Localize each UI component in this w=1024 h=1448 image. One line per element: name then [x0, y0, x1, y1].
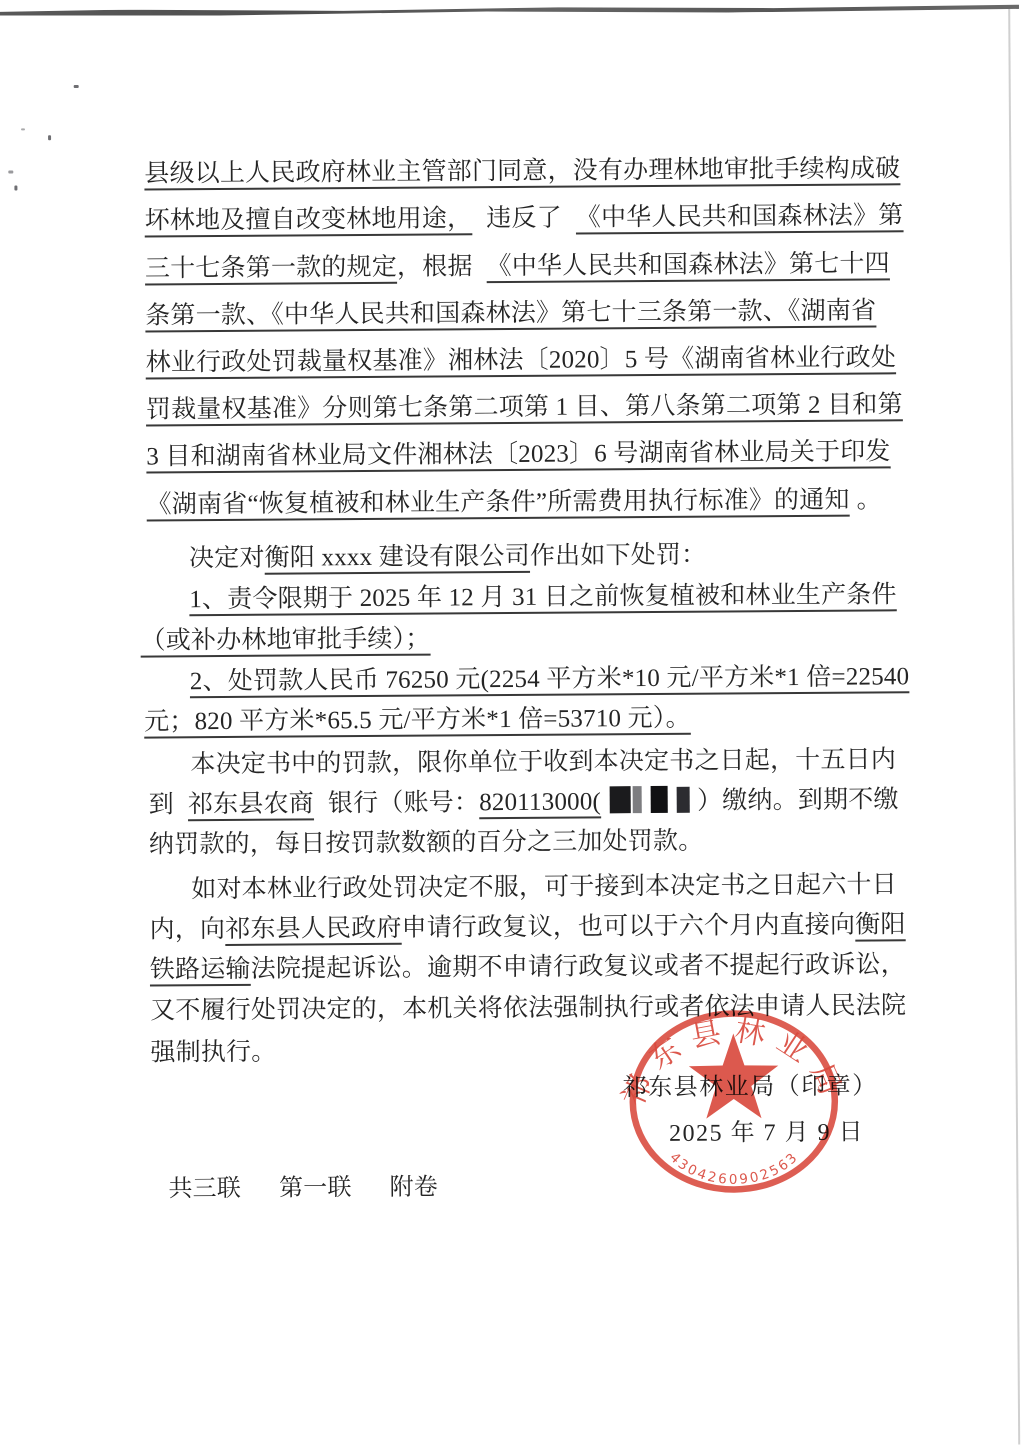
plain-text: 到 — [149, 791, 174, 818]
underlined-text: 林业行政处罚裁量权基准》湘林法〔2020〕5 号《湖南省林业行政处 — [146, 344, 897, 376]
scan-artifact-top-edge — [0, 3, 1019, 17]
underlined-text: 祁东县人民政府 — [225, 915, 402, 943]
doc-line-2: 坏林地及擅自改变林地用途，违反了《中华人民共和国森林法》第 — [145, 199, 904, 238]
underlined-text: 《中华人民共和国森林法》第 — [576, 202, 904, 231]
underlined-text: 2、处罚款人民币 76250 元(2254 平方米*10 元/平方米*1 倍=2… — [190, 663, 910, 695]
plain-text: ，根据 — [397, 253, 473, 281]
underlined-text: 三十七条第一款的规定 — [145, 254, 397, 283]
underlined-text: 罚裁量权基准》分则第七条第二项第 1 目、第八条第二项第 2 目和第 — [146, 391, 903, 423]
plain-text: 纳罚款的，每日按罚款数额的百分之三加处罚款。 — [149, 828, 704, 859]
underlined-bank-name: 祁东县农商 — [188, 790, 314, 818]
plain-text: 。 — [857, 486, 882, 513]
underlined-text: 坏林地及擅自改变林地用途， — [145, 205, 473, 234]
plain-text: 法院提起诉讼。逾期不申请行政复议或者不提起行政诉讼， — [251, 951, 906, 983]
doc-line-18: 内，向祁东县人民政府申请行政复议，也可以于六个月内直接向衡阳 — [149, 908, 905, 947]
copy-count-label: 共三联 — [168, 1176, 241, 1203]
underlined-text: （或补办林地审批手续）； — [140, 626, 430, 655]
scan-speck — [21, 128, 25, 130]
scan-speck — [8, 170, 13, 173]
doc-line-5: 林业行政处罚裁量权基准》湘林法〔2020〕5 号《湖南省林业行政处 — [146, 341, 897, 380]
plain-text: ）缴纳。到期不缴 — [697, 786, 899, 814]
plain-text: 本决定书中的罚款，限你单位于收到本决定书之日起，十五日内 — [190, 746, 896, 778]
plain-text: 作出如下处罚： — [530, 542, 707, 570]
underlined-text: 3 目和湖南省林业局文件湘林法〔2023〕6 号湖南省林业局关于印发 — [146, 438, 890, 470]
underlined-account-number: 820113000( — [479, 788, 601, 816]
doc-line-9: 决定对衡阳 xxxx 建设有限公司作出如下处罚： — [189, 539, 707, 577]
official-seal: 祁东县林业局 4304260902563 — [603, 980, 865, 1232]
doc-line-4: 条第一款、《中华人民共和国森林法》第七十三条第一款、《湖南省 — [145, 294, 876, 333]
redaction-block — [677, 787, 690, 813]
plain-text: 申请行政复议，也可以于六个月内直接向 — [402, 912, 856, 942]
underlined-text: 衡阳 xxxx 建设有限公司 — [265, 543, 530, 572]
doc-line-13: 元；820 平方米*65.5 元/平方米*1 倍=53710 元）。 — [144, 702, 691, 740]
scan-artifact-right-edge — [1008, 9, 1020, 1445]
doc-line-14: 本决定书中的罚款，限你单位于收到本决定书之日起，十五日内 — [190, 743, 896, 782]
copy-note: 共三联第一联附卷 — [168, 1171, 438, 1207]
plain-text: 如对本林业行政处罚决定不服，可于接到本决定书之日起六十日 — [191, 871, 897, 903]
underlined-text: 衡阳 — [855, 911, 906, 938]
scan-speck — [74, 85, 79, 88]
underlined-text: 《中华人民共和国森林法》第七十四 — [487, 250, 890, 280]
doc-line-10: 1、责令限期于 2025 年 12 月 31 日之前恢复植被和林业生产条件 — [189, 578, 897, 617]
plain-text: 决定对 — [189, 545, 265, 573]
copy-purpose-label: 附卷 — [390, 1175, 439, 1201]
underlined-text: 《湖南省“恢复植被和林业生产条件”所需费用执行标准》的通知 — [147, 487, 850, 519]
doc-line-3: 三十七条第一款的规定，根据《中华人民共和国森林法》第七十四 — [145, 247, 890, 286]
doc-line-11: （或补办林地审批手续）； — [140, 623, 430, 659]
redaction-block — [610, 786, 631, 813]
plain-text: 违反了 — [486, 205, 562, 233]
plain-text: 强制执行。 — [150, 1039, 276, 1067]
doc-line-12: 2、处罚款人民币 76250 元(2254 平方米*10 元/平方米*1 倍=2… — [190, 660, 910, 699]
redaction-block — [651, 786, 668, 813]
scan-speck — [48, 135, 51, 140]
doc-line-21: 强制执行。 — [150, 1036, 276, 1071]
underlined-text: 1、责令限期于 2025 年 12 月 31 日之前恢复植被和林业生产条件 — [189, 581, 897, 613]
document-page: 县级以上人民政府林业主管部门同意，没有办理林地审批手续构成破 坏林地及擅自改变林… — [0, 0, 1024, 1448]
doc-line-1: 县级以上人民政府林业主管部门同意，没有办理林地审批手续构成破 — [144, 152, 900, 191]
underlined-text: 条第一款、《中华人民共和国森林法》第七十三条第一款、《湖南省 — [145, 297, 876, 329]
plain-text: 内，向 — [150, 916, 226, 944]
doc-line-16: 纳罚款的，每日按罚款数额的百分之三加处罚款。 — [149, 825, 704, 863]
doc-line-7: 3 目和湖南省林业局文件湘林法〔2023〕6 号湖南省林业局关于印发 — [146, 435, 891, 474]
doc-line-6: 罚裁量权基准》分则第七条第二项第 1 目、第八条第二项第 2 目和第 — [146, 388, 903, 427]
copy-index-label: 第一联 — [279, 1175, 352, 1202]
underlined-text: 县级以上人民政府林业主管部门同意，没有办理林地审批手续构成破 — [144, 155, 900, 187]
underlined-text: 元；820 平方米*65.5 元/平方米*1 倍=53710 元）。 — [144, 705, 691, 736]
doc-line-15: 到祁东县农商银行（账号：820113000(）缴纳。到期不缴 — [149, 783, 899, 822]
doc-line-8: 《湖南省“恢复植被和林业生产条件”所需费用执行标准》的通知。 — [147, 483, 882, 522]
scan-speck — [14, 185, 17, 190]
plain-text: 银行（账号： — [328, 789, 479, 817]
underlined-text: 铁路运输 — [150, 956, 251, 984]
redaction-block — [633, 786, 642, 813]
doc-line-17: 如对本林业行政处罚决定不服，可于接到本决定书之日起六十日 — [191, 868, 897, 907]
